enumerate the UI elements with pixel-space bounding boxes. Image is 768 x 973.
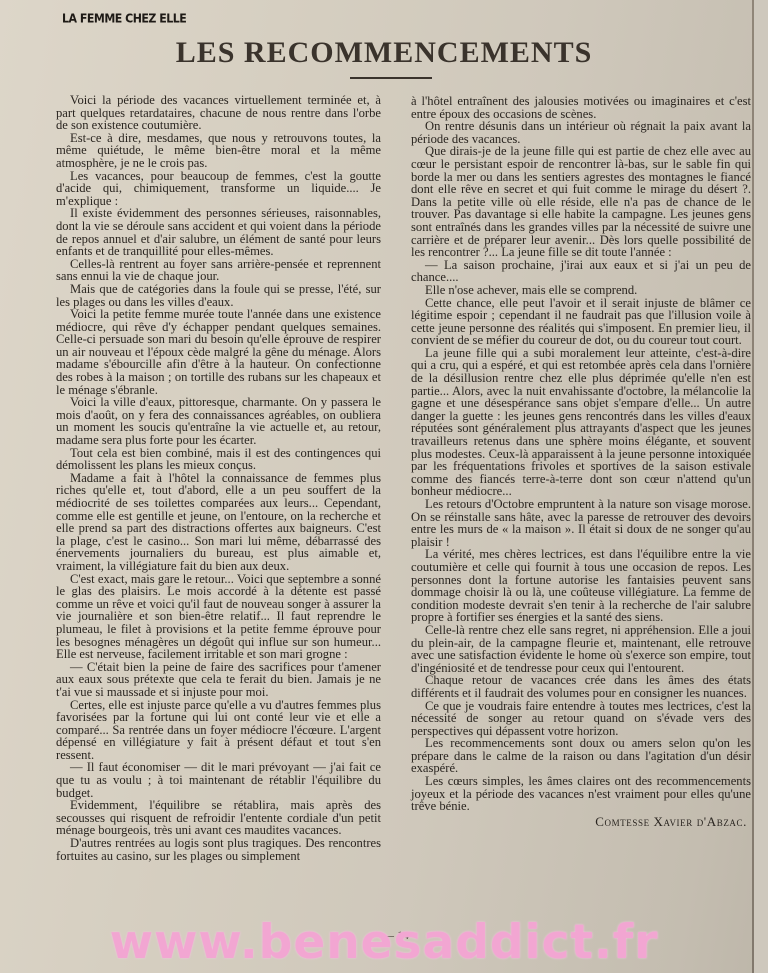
paragraph: La jeune fille qui a subi moralement leu… (411, 347, 751, 498)
paragraph: Est-ce à dire, mesdames, que nous y retr… (56, 132, 381, 170)
watermark-url: www.benesaddict.fr (0, 915, 768, 970)
paragraph: D'autres rentrées au logis sont plus tra… (56, 837, 381, 862)
paragraph: Elle n'ose achever, mais elle se compren… (411, 284, 751, 297)
paragraph: — La saison prochaine, j'irai aux eaux e… (411, 259, 751, 284)
paragraph: Voici la petite femme murée toute l'anné… (56, 308, 381, 396)
paragraph: Les recommencements sont doux ou amers s… (411, 737, 751, 775)
paragraph: Mais que de catégories dans la foule qui… (56, 283, 381, 308)
paragraph: Que dirais-je de la jeune fille qui est … (411, 145, 751, 258)
paragraph: Cette chance, elle peut l'avoir et il se… (411, 297, 751, 347)
title-divider (350, 77, 432, 79)
paragraph: à l'hôtel entraînent des jalousies motiv… (411, 95, 751, 120)
adjacent-page (754, 0, 768, 973)
author-signature: Comtesse Xavier d'Abzac. (411, 816, 751, 829)
left-column: Voici la période des vacances virtuellem… (56, 94, 381, 862)
paragraph: La vérité, mes chères lectrices, est dan… (411, 548, 751, 624)
paragraph: Les retours d'Octobre empruntent à la na… (411, 498, 751, 548)
paragraph: Il existe évidemment des personnes série… (56, 207, 381, 257)
paragraph: Chaque retour de vacances crée dans les … (411, 674, 751, 699)
right-column: à l'hôtel entraînent des jalousies motiv… (411, 95, 751, 828)
article-title: LES RECOMMENCEMENTS (0, 36, 768, 70)
paragraph: Ce que je voudrais faire entendre à tout… (411, 700, 751, 738)
page-edge (752, 0, 754, 973)
paragraph: — Il faut économiser — dit le mari prévo… (56, 761, 381, 799)
paragraph: Madame a fait à l'hôtel la connaissance … (56, 472, 381, 573)
paragraph: Certes, elle est injuste parce qu'elle a… (56, 699, 381, 762)
paragraph: Les cœurs simples, les âmes claires ont … (411, 775, 751, 813)
magazine-masthead: LA FEMME CHEZ ELLE (62, 11, 186, 26)
paragraph: Celles-là rentrent au foyer sans arrière… (56, 258, 381, 283)
paragraph: — C'était bien la peine de faire des sac… (56, 661, 381, 699)
paragraph: Les vacances, pour beaucoup de femmes, c… (56, 170, 381, 208)
paragraph: C'est exact, mais gare le retour... Voic… (56, 573, 381, 661)
paragraph: Celle-là rentre chez elle sans regret, n… (411, 624, 751, 674)
paragraph: Tout cela est bien combiné, mais il est … (56, 447, 381, 472)
paragraph: Voici la période des vacances virtuellem… (56, 94, 381, 132)
paragraph: On rentre désunis dans un intérieur où r… (411, 120, 751, 145)
paragraph: Voici la ville d'eaux, pittoresque, char… (56, 396, 381, 446)
paragraph: Evidemment, l'équilibre se rétablira, ma… (56, 799, 381, 837)
